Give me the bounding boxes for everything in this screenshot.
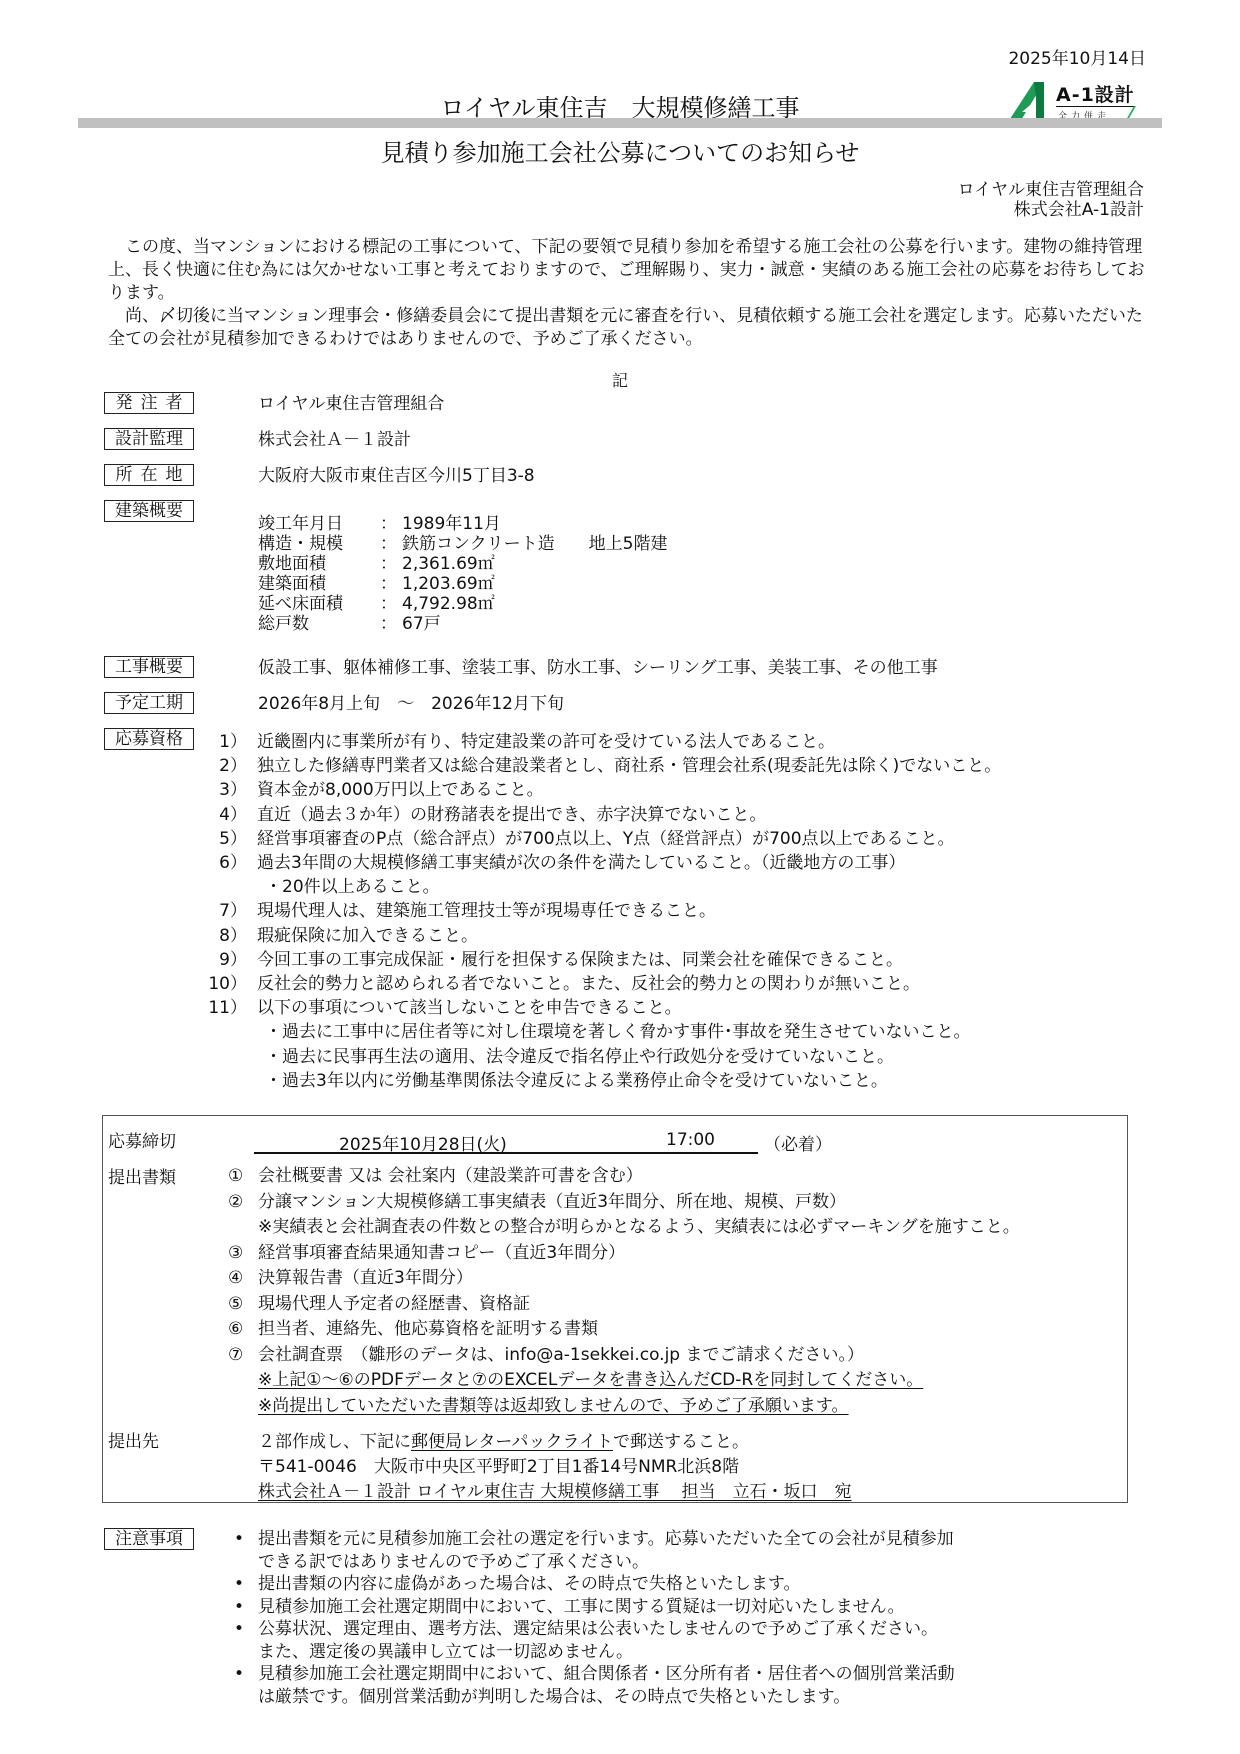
spec-key: 総戸数: [258, 614, 380, 634]
notes-list: •提出書類を元に見積参加施工会社の選定を行います。応募いただいた全ての会社が見積…: [234, 1528, 955, 1708]
note-item: •公募状況、選定理由、選考方法、選定結果は公表いたしませんので予めご了承ください…: [234, 1618, 955, 1663]
documents-list: ①会社概要書 又は 会社案内（建設業許可書を含む） ②分譲マンション大規模修繕工…: [228, 1164, 1020, 1419]
item-marker: ①: [228, 1164, 258, 1190]
label-location: 所在地: [104, 464, 194, 486]
spec-key: 竣工年月日: [258, 514, 380, 534]
label-documents: 提出書類: [108, 1168, 176, 1188]
item-number: 10）: [205, 972, 257, 996]
spec-value: 4,792.98㎡: [402, 594, 495, 614]
spec-row: 敷地面積：2,361.69㎡: [258, 554, 667, 574]
document-note: ※上記①～⑥のPDFデータと⑦のEXCELデータを書き込んだCD-Rを同封してく…: [228, 1368, 1020, 1394]
qualification-item: 6）過去3年間の大規模修繕工事実績が次の条件を満たしていること。（近畿地方の工事…: [205, 851, 1001, 875]
item-marker: ③: [228, 1241, 258, 1267]
item-marker: ⑤: [228, 1292, 258, 1318]
document-item: ②分譲マンション大規模修繕工事実績表（直近3年間分、所在地、規模、戸数）: [228, 1190, 1020, 1216]
spec-row: 延べ床面積：4,792.98㎡: [258, 594, 667, 614]
note-item: •見積参加施工会社選定期間中において、組合関係者・区分所有者・居住者への個別営業…: [234, 1663, 955, 1708]
label-deadline: 応募締切: [108, 1132, 176, 1152]
label-building: 建築概要: [104, 500, 194, 522]
document-item: ④決算報告書（直近3年間分）: [228, 1266, 1020, 1292]
document-note: ※尚提出していただいた書類等は返却致しませんので、予めご了承願います。: [228, 1394, 1020, 1420]
item-number: 2）: [205, 754, 257, 778]
item-text: 瑕疵保険に加入できること。: [257, 924, 478, 948]
spec-colon: ：: [380, 514, 402, 534]
bullet-icon: •: [234, 1596, 258, 1619]
logo-name: A-1設計: [1056, 84, 1135, 107]
item-text: 会社概要書 又は 会社案内（建設業許可書を含む）: [258, 1164, 643, 1190]
qualification-item: 8）瑕疵保険に加入できること。: [205, 924, 1001, 948]
item-text: 直近（過去３か年）の財務諸表を提出でき、赤字決算でないこと。: [257, 803, 766, 827]
qualification-item: 10）反社会的勢力と認められる者でないこと。また、反社会的勢力との関わりが無いこ…: [205, 972, 1001, 996]
item-marker: ④: [228, 1266, 258, 1292]
notice-title: 見積り参加施工会社公募についてのお知らせ: [0, 133, 1240, 168]
document-date: 2025年10月14日: [1008, 44, 1146, 69]
intro-text: この度、当マンションにおける標記の工事について、下記の要領で見積り参加を希望する…: [108, 236, 1148, 351]
building-spec-list: 竣工年月日：1989年11月 構造・規模：鉄筋コンクリート造 地上5階建 敷地面…: [258, 514, 667, 634]
qualification-subitem: ・過去3年以内に労働基準関係法令違反による業務停止命令を受けていないこと。: [205, 1069, 1001, 1093]
qualification-subitem: ・過去に工事中に居住者等に対し住環境を著しく脅かす事件･事故を発生させていないこ…: [205, 1020, 1001, 1044]
destination-recipient: 株式会社Ａ－１設計 ロイヤル東住吉 大規模修繕工事 担当 立石・坂口 宛: [258, 1480, 852, 1505]
document-item: ③経営事項審査結果通知書コピー（直近3年間分）: [228, 1241, 1020, 1267]
document-item: ⑥担当者、連絡先、他応募資格を証明する書類: [228, 1317, 1020, 1343]
destination-block: ２部作成し、下記に郵便局レターパックライトで郵送すること。 〒541-0046 …: [258, 1430, 852, 1505]
item-number: 7）: [205, 899, 257, 923]
item-number: 4）: [205, 803, 257, 827]
note-text: また、選定後の異議申し立ては一切認めません。: [258, 1641, 938, 1664]
qualification-item: 5）経営事項審査のP点（総合評点）が700点以上、Y点（経営評点）が700点以上…: [205, 827, 1001, 851]
spec-row: 建築面積：1,203.69㎡: [258, 574, 667, 594]
item-text: 現場代理人予定者の経歴書、資格証: [258, 1292, 530, 1318]
spec-colon: ：: [380, 574, 402, 594]
item-number: 9）: [205, 948, 257, 972]
qualification-item: 3）資本金が8,000万円以上であること。: [205, 778, 1001, 802]
item-text: 担当者、連絡先、他応募資格を証明する書類: [258, 1317, 598, 1343]
document-item: ⑤現場代理人予定者の経歴書、資格証: [228, 1292, 1020, 1318]
label-notes: 注意事項: [104, 1528, 194, 1550]
instruction-text: ２部作成し、下記に: [258, 1432, 411, 1452]
qualification-item: 4）直近（過去３か年）の財務諸表を提出でき、赤字決算でないこと。: [205, 803, 1001, 827]
item-text: ・20件以上あること。: [265, 875, 440, 899]
deadline-time: 17:00: [666, 1130, 715, 1150]
qualification-subitem: ・20件以上あること。: [205, 875, 1001, 899]
qualification-item: 11）以下の事項について該当しないことを申告できること。: [205, 996, 1001, 1020]
deadline-date: 2025年10月28日(火): [339, 1130, 507, 1155]
supervisor-value: 株式会社Ａ－１設計: [258, 430, 411, 450]
spec-value: 67戸: [402, 614, 441, 634]
document-item: ⑦会社調査票 （雛形のデータは、info@a-1sekkei.co.jp までご…: [228, 1343, 1020, 1369]
instruction-text: で郵送すること。: [613, 1432, 749, 1452]
document-item: ①会社概要書 又は 会社案内（建設業許可書を含む）: [228, 1164, 1020, 1190]
issuers: ロイヤル東住吉管理組合 株式会社A-1設計: [958, 180, 1144, 220]
note-text: 見積参加施工会社選定期間中において、工事に関する質疑は一切対応いたしません。: [258, 1596, 905, 1619]
issuer-name: 株式会社A-1設計: [958, 200, 1144, 220]
note-text: できる訳ではありませんので予めご了承ください。: [258, 1551, 954, 1574]
item-marker: ⑥: [228, 1317, 258, 1343]
item-text: 近畿圏内に事業所が有り、特定建設業の許可を受けている法人であること。: [257, 730, 835, 754]
item-text: 資本金が8,000万円以上であること。: [257, 778, 544, 802]
bullet-icon: •: [234, 1573, 258, 1596]
spec-colon: ：: [380, 614, 402, 634]
intro-paragraph: 尚、〆切後に当マンション理事会・修繕委員会にて提出書類を元に審査を行い、見積依頼…: [108, 305, 1148, 351]
note-item: •見積参加施工会社選定期間中において、工事に関する質疑は一切対応いたしません。: [234, 1596, 955, 1619]
intro-paragraph: この度、当マンションにおける標記の工事について、下記の要領で見積り参加を希望する…: [108, 236, 1148, 305]
destination-address: 〒541-0046 大阪市中央区平野町2丁目1番14号NMR北浜8階: [258, 1455, 852, 1480]
spec-row: 構造・規模：鉄筋コンクリート造 地上5階建: [258, 534, 667, 554]
item-text: 今回工事の工事完成保証・履行を担保する保険または、同業会社を確保できること。: [257, 948, 903, 972]
spec-value: 1,203.69㎡: [402, 574, 495, 594]
item-text: 反社会的勢力と認められる者でないこと。また、反社会的勢力との関わりが無いこと。: [257, 972, 920, 996]
item-text: 以下の事項について該当しないことを申告できること。: [257, 996, 682, 1020]
qualifications-list: 1）近畿圏内に事業所が有り、特定建設業の許可を受けている法人であること。 2）独…: [205, 730, 1001, 1093]
client-value: ロイヤル東住吉管理組合: [258, 394, 444, 414]
item-text: ※尚提出していただいた書類等は返却致しませんので、予めご了承願います。: [258, 1394, 849, 1420]
item-marker: ②: [228, 1190, 258, 1216]
spec-key: 構造・規模: [258, 534, 380, 554]
spec-key: 敷地面積: [258, 554, 380, 574]
destination-instruction: ２部作成し、下記に郵便局レターパックライトで郵送すること。: [258, 1430, 852, 1455]
item-text: 経営事項審査結果通知書コピー（直近3年間分）: [258, 1241, 625, 1267]
note-text: 見積参加施工会社選定期間中において、組合関係者・区分所有者・居住者への個別営業活…: [258, 1663, 955, 1686]
item-text: 過去3年間の大規模修繕工事実績が次の条件を満たしていること。（近畿地方の工事）: [257, 851, 905, 875]
bullet-icon: •: [234, 1663, 258, 1708]
item-text: ・過去3年以内に労働基準関係法令違反による業務停止命令を受けていないこと。: [265, 1069, 888, 1093]
label-qualifications: 応募資格: [104, 728, 194, 750]
note-text: 公募状況、選定理由、選考方法、選定結果は公表いたしませんので予めご了承ください。: [258, 1618, 938, 1641]
label-schedule: 予定工期: [104, 692, 194, 714]
qualification-item: 7） 現場代理人は、建築施工管理技士等が現場専任できること。: [205, 899, 1001, 923]
note-item: •提出書類の内容に虚偽があった場合は、その時点で失格といたします。: [234, 1573, 955, 1596]
header-divider-bar: [78, 118, 1162, 128]
item-number: 8）: [205, 924, 257, 948]
deadline-line: 2025年10月28日(火) 17:00: [254, 1130, 758, 1154]
label-client: 発注者: [104, 392, 194, 414]
item-text: 会社調査票 （雛形のデータは、info@a-1sekkei.co.jp までご請…: [258, 1343, 864, 1369]
a1-logo-mark-icon: [1008, 82, 1052, 122]
item-marker: ⑦: [228, 1343, 258, 1369]
item-text: ※実績表と会社調査表の件数との整合が明らかとなるよう、実績表には必ずマーキングを…: [258, 1215, 1020, 1241]
bullet-icon: •: [234, 1528, 258, 1573]
note-text: 提出書類の内容に虚偽があった場合は、その時点で失格といたします。: [258, 1573, 800, 1596]
label-work-summary: 工事概要: [104, 656, 194, 678]
spec-colon: ：: [380, 594, 402, 614]
item-number: 11）: [205, 996, 257, 1020]
qualification-item: 2）独立した修繕専門業者又は総合建設業者とし、商社系・管理会社系(現委託先は除く…: [205, 754, 1001, 778]
item-number: 3）: [205, 778, 257, 802]
item-text: 分譲マンション大規模修繕工事実績表（直近3年間分、所在地、規模、戸数）: [258, 1190, 846, 1216]
item-text: 独立した修繕専門業者又は総合建設業者とし、商社系・管理会社系(現委託先は除く)で…: [257, 754, 1001, 778]
location-value: 大阪府大阪市東住吉区今川5丁目3-8: [258, 466, 535, 486]
spec-row: 総戸数：67戸: [258, 614, 667, 634]
item-text: ※上記①～⑥のPDFデータと⑦のEXCELデータを書き込んだCD-Rを同封してく…: [258, 1368, 923, 1394]
work-summary-value: 仮設工事、躯体補修工事、塗装工事、防水工事、シーリング工事、美装工事、その他工事: [258, 658, 938, 678]
spec-key: 建築面積: [258, 574, 380, 594]
schedule-value: 2026年8月上旬 ～ 2026年12月下旬: [258, 694, 564, 714]
item-text: ・過去に民事再生法の適用、法令違反で指名停止や行政処分を受けていないこと。: [265, 1045, 894, 1069]
item-text: 経営事項審査のP点（総合評点）が700点以上、Y点（経営評点）が700点以上であ…: [257, 827, 955, 851]
item-text: ・過去に工事中に居住者等に対し住環境を著しく脅かす事件･事故を発生させていないこ…: [265, 1020, 971, 1044]
item-text: 現場代理人は、建築施工管理技士等が現場専任できること。: [257, 899, 716, 923]
label-destination: 提出先: [108, 1432, 159, 1452]
spec-value: 2,361.69㎡: [402, 554, 495, 574]
spec-row: 竣工年月日：1989年11月: [258, 514, 667, 534]
item-number: 1）: [205, 730, 257, 754]
item-number: 5）: [205, 827, 257, 851]
label-supervisor: 設計監理: [104, 428, 194, 450]
spec-colon: ：: [380, 534, 402, 554]
document-note: ※実績表と会社調査表の件数との整合が明らかとなるよう、実績表には必ずマーキングを…: [228, 1215, 1020, 1241]
spec-value: 鉄筋コンクリート造 地上5階建: [402, 534, 667, 554]
mail-service: 郵便局レターパックライト: [411, 1432, 613, 1452]
issuer-name: ロイヤル東住吉管理組合: [958, 180, 1144, 200]
qualification-item: 1）近畿圏内に事業所が有り、特定建設業の許可を受けている法人であること。: [205, 730, 1001, 754]
deadline-note: （必着）: [764, 1130, 832, 1155]
note-item: •提出書類を元に見積参加施工会社の選定を行います。応募いただいた全ての会社が見積…: [234, 1528, 955, 1573]
spec-colon: ：: [380, 554, 402, 574]
ki-heading: 記: [0, 368, 1240, 391]
item-text: 決算報告書（直近3年間分）: [258, 1266, 473, 1292]
spec-value: 1989年11月: [402, 514, 501, 534]
note-text: は厳禁です。個別営業活動が判明した場合は、その時点で失格といたします。: [258, 1686, 955, 1709]
note-text: 提出書類を元に見積参加施工会社の選定を行います。応募いただいた全ての会社が見積参…: [258, 1528, 954, 1551]
item-number: 6）: [205, 851, 257, 875]
bullet-icon: •: [234, 1618, 258, 1663]
spec-key: 延べ床面積: [258, 594, 380, 614]
qualification-subitem: ・過去に民事再生法の適用、法令違反で指名停止や行政処分を受けていないこと。: [205, 1045, 1001, 1069]
qualification-item: 9）今回工事の工事完成保証・履行を担保する保険または、同業会社を確保できること。: [205, 948, 1001, 972]
